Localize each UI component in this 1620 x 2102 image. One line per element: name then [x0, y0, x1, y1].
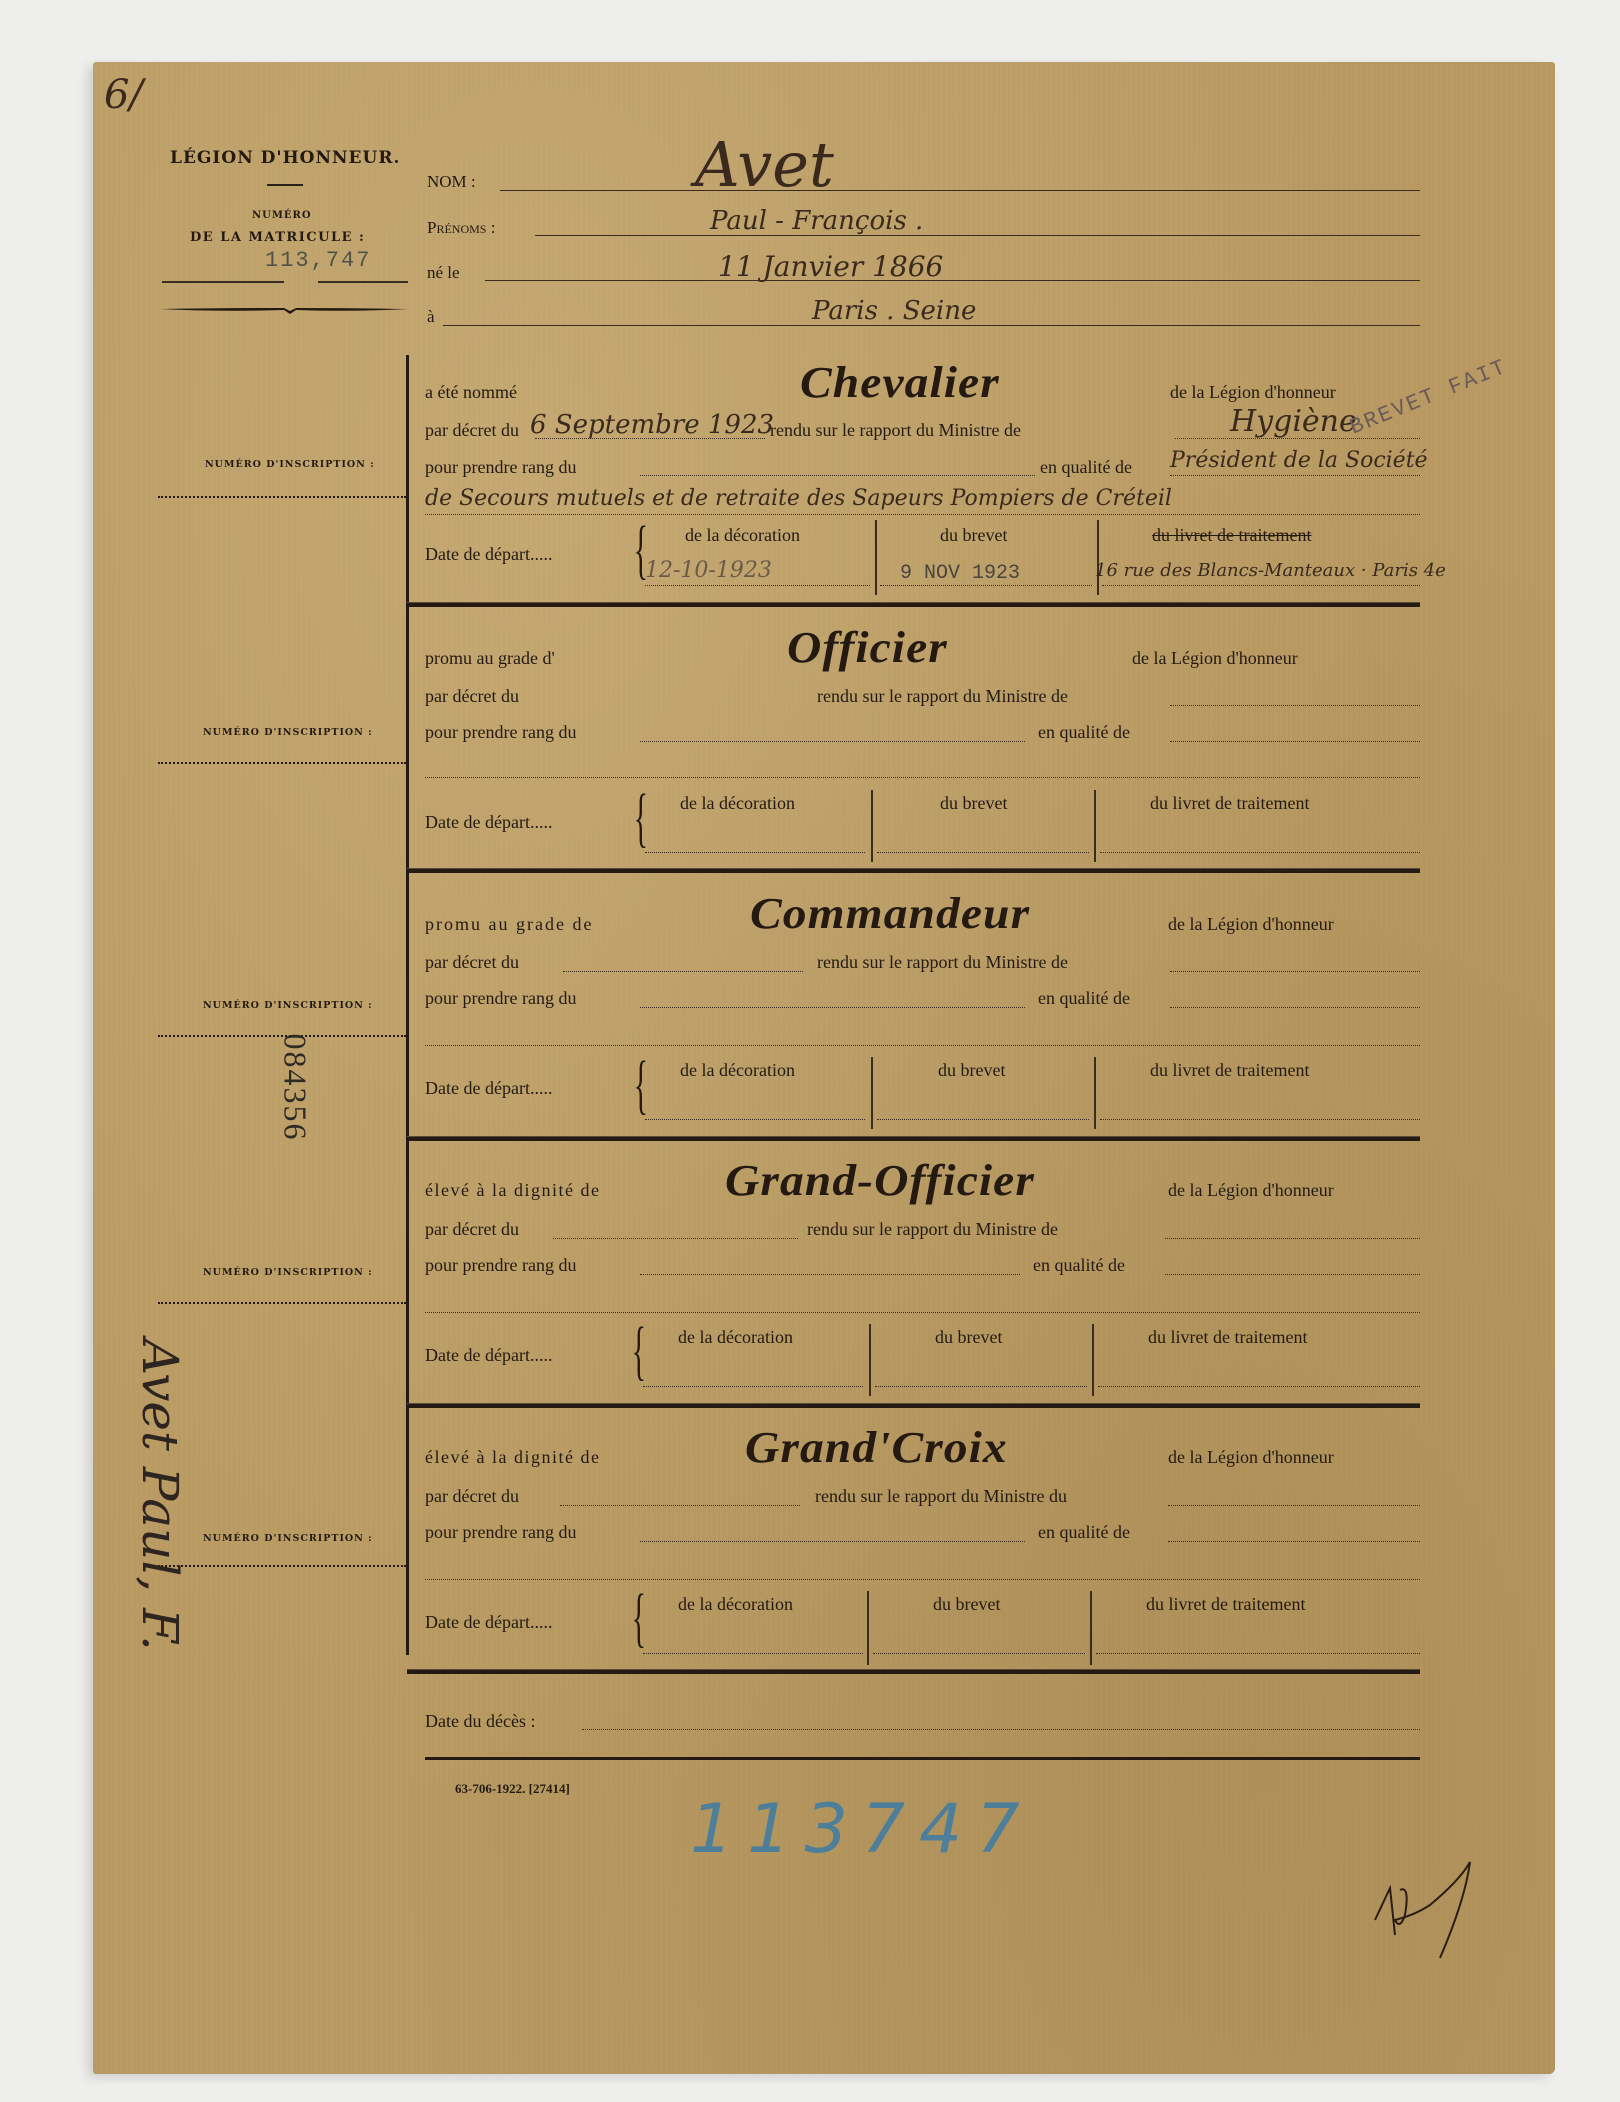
section-divider — [407, 868, 1420, 873]
grand-croix-qualite-line-2 — [425, 1579, 1420, 1580]
ne-le-value: 11 Janvier 1866 — [718, 250, 943, 283]
commandeur-intro: promu au grade de — [425, 914, 593, 935]
col-separator — [871, 1057, 873, 1129]
nom-line — [500, 190, 1420, 191]
commandeur-decret-label: par décret du — [425, 952, 519, 973]
col-separator — [867, 1591, 869, 1665]
grand-croix-legion-label: de la Légion d'honneur — [1168, 1447, 1334, 1468]
grand-croix-qualite-label: en qualité de — [1038, 1522, 1130, 1543]
chevalier-qualite-value-1: Président de la Société — [1170, 448, 1428, 473]
grand-croix-decret-line — [560, 1505, 800, 1506]
grand-croix-decret-label: par décret du — [425, 1486, 519, 1507]
inscription-line — [158, 762, 406, 764]
officier-rapport-label: rendu sur le rapport du Ministre de — [817, 686, 1068, 707]
vertical-handwriting-text: Avet Paul, F. — [131, 1339, 189, 1779]
date-deces-line — [582, 1729, 1420, 1730]
chevalier-decoration-line — [645, 585, 870, 586]
grand-officier-rang-label: pour prendre rang du — [425, 1255, 576, 1276]
grand-croix-title: Grand'Croix — [745, 1422, 1008, 1473]
officier-rang-label: pour prendre rang du — [425, 722, 576, 743]
grand-croix-intro: élevé à la dignité de — [425, 1447, 600, 1468]
print-reference: 63-706-1922. [27414] — [455, 1781, 570, 1797]
grand-officier-brace: { — [632, 1318, 646, 1384]
grand-croix-qualite-line — [1168, 1541, 1420, 1542]
corner-mark: 6/ — [104, 72, 143, 118]
grand-officier-qualite-line-2 — [425, 1312, 1420, 1313]
chevalier-livret-value: 16 rue des Blancs-Manteaux · Paris 4e — [1095, 560, 1446, 581]
grand-croix-col-livret: du livret de traitement — [1146, 1594, 1305, 1615]
col-separator — [875, 520, 877, 595]
commandeur-col-decoration: de la décoration — [680, 1060, 795, 1081]
chevalier-ministre-value: Hygiène — [1230, 404, 1357, 439]
matricule-number: 113,747 — [265, 248, 371, 273]
matricule-label: DE LA MATRICULE : — [190, 230, 365, 245]
commandeur-depart-label: Date de départ..... — [425, 1078, 552, 1099]
prenoms-line — [535, 235, 1420, 236]
officier-col-decoration: de la décoration — [680, 793, 795, 814]
ne-le-label: né le — [427, 263, 460, 283]
grand-croix-ministre-line — [1168, 1505, 1420, 1506]
a-value: Paris . Seine — [812, 296, 976, 326]
grand-croix-col-decoration: de la décoration — [678, 1594, 793, 1615]
col-separator — [871, 790, 873, 862]
officier-qualite-label: en qualité de — [1038, 722, 1130, 743]
officier-title: Officier — [787, 622, 948, 673]
matricule-line — [318, 281, 408, 283]
prenoms-value: Paul - François . — [710, 206, 923, 236]
col-separator — [1094, 790, 1096, 862]
grand-officier-col-decoration: de la décoration — [678, 1327, 793, 1348]
chevalier-rapport-label: rendu sur le rapport du Ministre de — [770, 420, 1021, 441]
chevalier-title: Chevalier — [800, 357, 1000, 408]
chevalier-decret-value: 6 Septembre 1923 — [530, 410, 774, 440]
grand-officier-intro: élevé à la dignité de — [425, 1180, 600, 1201]
commandeur-brace: { — [634, 1052, 648, 1118]
grand-officier-qualite-line — [1165, 1274, 1420, 1275]
nom-value: Avet — [695, 128, 834, 201]
grand-officier-livret-line — [1098, 1386, 1420, 1387]
commandeur-rang-label: pour prendre rang du — [425, 988, 576, 1009]
chevalier-legion-label: de la Légion d'honneur — [1170, 382, 1336, 403]
grand-officier-decret-line — [553, 1238, 798, 1239]
inscription-line — [158, 496, 406, 498]
officier-intro: promu au grade d' — [425, 648, 555, 669]
blue-pencil-number: 113747 — [690, 1790, 1034, 1869]
chevalier-rang-label: pour prendre rang du — [425, 457, 576, 478]
commandeur-qualite-line-2 — [425, 1045, 1420, 1046]
grand-croix-rang-label: pour prendre rang du — [425, 1522, 576, 1543]
commandeur-rang-line — [640, 1007, 1025, 1008]
vertical-handwriting: Avet Paul, F. — [120, 1320, 200, 1800]
grand-croix-brace: { — [632, 1585, 646, 1651]
officier-ministre-line — [1170, 705, 1420, 706]
grand-officier-depart-label: Date de départ..... — [425, 1345, 552, 1366]
commandeur-rapport-label: rendu sur le rapport du Ministre de — [817, 952, 1068, 973]
date-deces-label: Date du décès : — [425, 1711, 535, 1732]
chevalier-col-brevet: du brevet — [940, 525, 1007, 546]
inscription-label: NUMÉRO D'INSCRIPTION : — [203, 1533, 373, 1544]
col-separator — [1090, 1591, 1092, 1665]
officier-col-brevet: du brevet — [940, 793, 1007, 814]
officier-livret-line — [1100, 852, 1420, 853]
officier-qualite-line — [1170, 741, 1420, 742]
grand-officier-col-brevet: du brevet — [935, 1327, 1002, 1348]
chevalier-brevet-line — [880, 585, 1092, 586]
ornamental-swash — [160, 305, 408, 315]
chevalier-col-decoration: de la décoration — [685, 525, 800, 546]
section-divider — [407, 1403, 1420, 1408]
title-dash — [267, 184, 303, 186]
chevalier-brevet-date: 9 NOV 1923 — [900, 562, 1020, 585]
inscription-label: NUMÉRO D'INSCRIPTION : — [203, 727, 373, 738]
chevalier-decoration-date: 12-10-1923 — [645, 558, 772, 583]
nom-label: NOM : — [427, 172, 476, 192]
inscription-label: NUMÉRO D'INSCRIPTION : — [203, 1000, 373, 1011]
grand-croix-rang-line — [640, 1541, 1025, 1542]
commandeur-decret-line — [563, 971, 803, 972]
commandeur-col-brevet: du brevet — [938, 1060, 1005, 1081]
commandeur-brevet-line — [877, 1119, 1089, 1120]
matricule-line — [162, 281, 284, 283]
stamped-inscription-number: 084356 — [270, 1040, 320, 1180]
signature-paraphe — [1370, 1860, 1490, 1960]
chevalier-qualite-line-2 — [425, 514, 1420, 515]
deces-rule — [425, 1757, 1420, 1760]
commandeur-decoration-line — [645, 1119, 865, 1120]
chevalier-depart-label: Date de départ..... — [425, 544, 552, 565]
inscription-label: NUMÉRO D'INSCRIPTION : — [203, 1267, 373, 1278]
commandeur-ministre-line — [1170, 971, 1420, 972]
chevalier-rang-line — [640, 475, 1035, 476]
chevalier-decret-label: par décret du — [425, 420, 519, 441]
col-separator — [1097, 520, 1099, 595]
commandeur-title: Commandeur — [750, 888, 1030, 939]
officier-brevet-line — [877, 852, 1089, 853]
legion-title: LÉGION D'HONNEUR. — [170, 148, 400, 168]
a-label: à — [427, 307, 435, 327]
chevalier-qualite-label: en qualité de — [1040, 457, 1132, 478]
commandeur-col-livret: du livret de traitement — [1150, 1060, 1309, 1081]
matricule-label-top: NUMÉRO — [252, 210, 312, 221]
chevalier-intro: a été nommé — [425, 382, 517, 403]
officier-col-livret: du livret de traitement — [1150, 793, 1309, 814]
grand-officier-ministre-line — [1165, 1238, 1420, 1239]
grand-croix-col-brevet: du brevet — [933, 1594, 1000, 1615]
section-divider — [407, 1669, 1420, 1674]
grand-officier-qualite-label: en qualité de — [1033, 1255, 1125, 1276]
chevalier-qualite-line — [1170, 475, 1420, 476]
commandeur-qualite-line — [1170, 1007, 1420, 1008]
prenoms-label: Prénoms : — [427, 218, 495, 238]
grand-croix-brevet-line — [873, 1653, 1085, 1654]
officier-qualite-line-2 — [425, 777, 1420, 778]
col-separator — [869, 1324, 871, 1396]
grand-officier-decoration-line — [643, 1386, 863, 1387]
grand-croix-livret-line — [1096, 1653, 1420, 1654]
grand-officier-rapport-label: rendu sur le rapport du Ministre de — [807, 1219, 1058, 1240]
grand-officier-col-livret: du livret de traitement — [1148, 1327, 1307, 1348]
form-left-rule — [406, 355, 409, 1655]
grand-officier-title: Grand-Officier — [725, 1155, 1035, 1206]
officier-decret-label: par décret du — [425, 686, 519, 707]
grand-croix-rapport-label: rendu sur le rapport du Ministre du — [815, 1486, 1067, 1507]
chevalier-qualite-value-2: de Secours mutuels et de retraite des Sa… — [425, 486, 1172, 511]
grand-officier-decret-label: par décret du — [425, 1219, 519, 1240]
commandeur-qualite-label: en qualité de — [1038, 988, 1130, 1009]
section-divider — [407, 1136, 1420, 1141]
commandeur-livret-line — [1100, 1119, 1420, 1120]
col-separator — [1094, 1057, 1096, 1129]
officier-depart-label: Date de départ..... — [425, 812, 552, 833]
grand-officier-rang-line — [640, 1274, 1020, 1275]
grand-croix-depart-label: Date de départ..... — [425, 1612, 552, 1633]
grand-officier-legion-label: de la Légion d'honneur — [1168, 1180, 1334, 1201]
officier-legion-label: de la Légion d'honneur — [1132, 648, 1298, 669]
grand-officier-brevet-line — [875, 1386, 1087, 1387]
commandeur-legion-label: de la Légion d'honneur — [1168, 914, 1334, 935]
col-separator — [1092, 1324, 1094, 1396]
stamped-number-text: 084356 — [277, 1034, 314, 1174]
chevalier-livret-line — [1102, 585, 1420, 586]
inscription-line — [158, 1302, 406, 1304]
grand-croix-decoration-line — [643, 1653, 863, 1654]
officier-decoration-line — [645, 852, 865, 853]
section-divider — [407, 602, 1420, 607]
chevalier-col-livret-struck: du livret de traitement — [1152, 525, 1311, 546]
officier-brace: { — [634, 785, 648, 851]
officier-rang-line — [640, 741, 1025, 742]
ne-le-line — [485, 280, 1420, 281]
inscription-label: NUMÉRO D'INSCRIPTION : — [205, 459, 375, 470]
